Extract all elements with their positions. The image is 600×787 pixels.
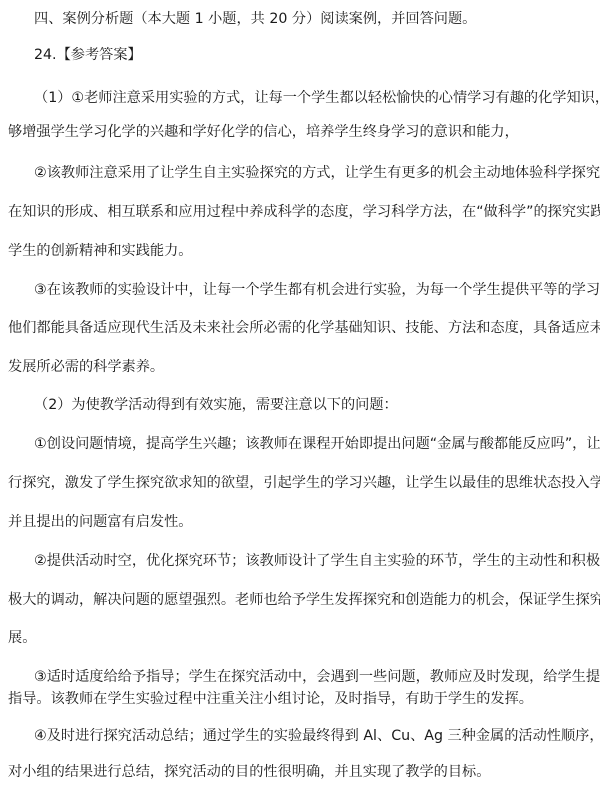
paragraph-line: 学生的创新精神和实践能力。 — [8, 241, 192, 261]
paragraph-line: （2）为使教学活动得到有效实施，需要注意以下的问题： — [34, 395, 398, 415]
paragraph-line: 行探究，激发了学生探究欲求知的欲望，引起学生的学习兴趣，让学生以最佳的思维状态投… — [8, 473, 600, 493]
answer-heading: 24.【参考答案】 — [34, 45, 142, 65]
paragraph-line: ③适时适度给给予指导；学生在探究活动中，会遇到一些问题，教师应及时发现，给学生提… — [34, 667, 600, 687]
paragraph-line: 并且提出的问题富有启发性。 — [8, 512, 192, 532]
paragraph-line: ②提供活动时空，优化探究环节；该教师设计了学生自主实验的环节，学生的主动性和积极… — [34, 551, 600, 571]
paragraph-line: 发展所必需的科学素养。 — [8, 357, 164, 377]
paragraph-line: ④及时进行探究活动总结；通过学生的实验最终得到 Al、Cu、Ag 三种金属的活动… — [34, 726, 600, 746]
paragraph-line: （1）①老师注意采用实验的方式，让每一个学生都以轻松愉快的心情学习有趣的化学知识… — [34, 88, 600, 108]
paragraph-line: ②该教师注意采用了让学生自主实验探究的方式，让学生有更多的机会主动地体验科学探究… — [34, 163, 600, 183]
section-heading: 四、案例分析题（本大题 1 小题，共 20 分）阅读案例，并回答问题。 — [34, 9, 476, 29]
paragraph-line: 在知识的形成、相互联系和应用过程中养成科学的态度，学习科学方法，在“做科学”的探… — [8, 202, 600, 222]
paragraph-line: 极大的调动，解决问题的愿望强烈。老师也给予学生发挥探究和创造能力的机会，保证学生… — [8, 590, 600, 610]
paragraph-line: ①创设问题情境，提高学生兴趣；该教师在课程开始即提出问题“金属与酸都能反应吗”，… — [34, 434, 600, 454]
paragraph-line: 他们都能具备适应现代生活及未来社会所必需的化学基础知识、技能、方法和态度，具备适… — [8, 318, 600, 338]
paragraph-line: 够增强学生学习化学的兴趣和学好化学的信心，培养学生终身学习的意识和能力， — [8, 122, 519, 142]
paragraph-line: 对小组的结果进行总结，探究活动的目的性很明确，并且实现了教学的目标。 — [8, 762, 490, 782]
paragraph-line: 指导。该教师在学生实验过程中注重关注小组讨论，及时指导，有助于学生的发挥。 — [8, 689, 533, 709]
paragraph-line: 展。 — [8, 628, 36, 648]
paragraph-line: ③在该教师的实验设计中，让每一个学生都有机会进行实验，为每一个学生提供平等的学习… — [34, 280, 600, 300]
